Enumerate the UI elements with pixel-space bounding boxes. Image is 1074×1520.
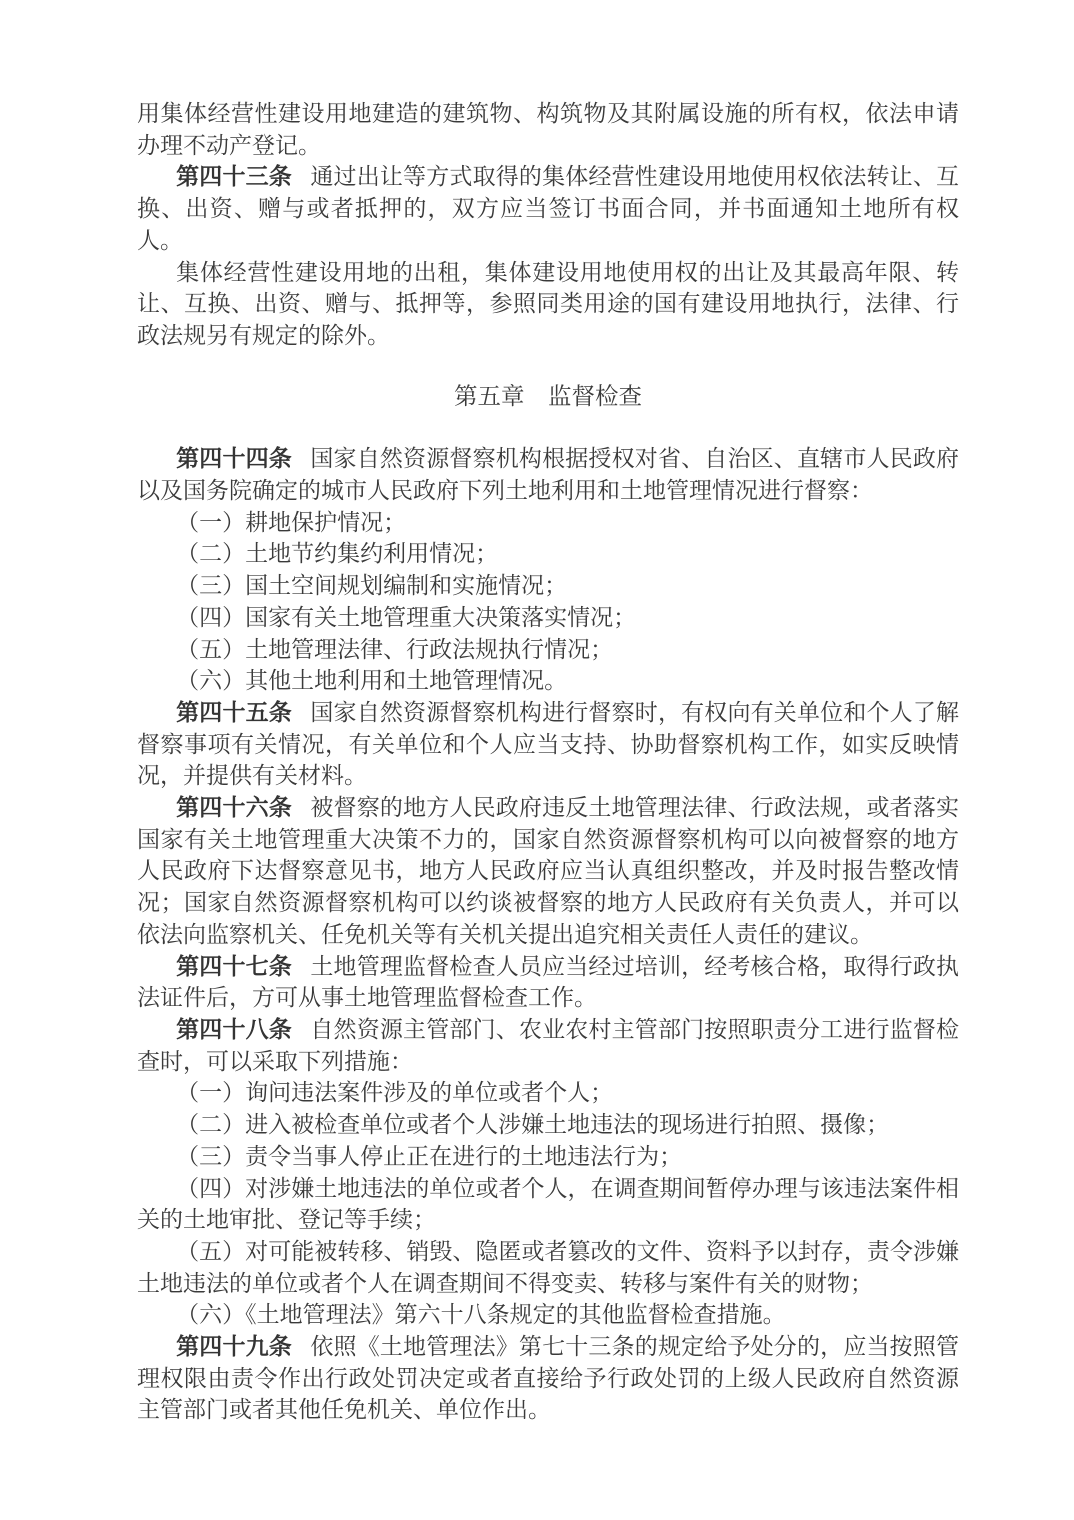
article-number: 第四十三条 (176, 164, 292, 189)
list-item-text: （三）国土空间规划编制和实施情况； (176, 573, 567, 598)
article-paragraph: 第四十六条被督察的地方人民政府违反土地管理法律、行政法规，或者落实国家有关土地管… (137, 792, 959, 951)
list-item-text: （五）对可能被转移、销毁、隐匿或者篡改的文件、资料予以封存，责令涉嫌土地违法的单… (137, 1239, 959, 1296)
article-number: 第四十六条 (176, 795, 292, 820)
body-paragraph: 集体经营性建设用地的出租，集体建设用地使用权的出让及其最高年限、转让、互换、出资… (137, 257, 959, 352)
article-number: 第四十四条 (176, 446, 292, 471)
document-page: 用集体经营性建设用地建造的建筑物、构筑物及其附属设施的所有权，依法申请办理不动产… (0, 0, 1074, 1520)
list-item: （六）其他土地利用和土地管理情况。 (137, 665, 959, 697)
article-paragraph: 第四十三条通过出让等方式取得的集体经营性建设用地使用权依法转让、互换、出资、赠与… (137, 161, 959, 256)
article-paragraph: 第四十八条自然资源主管部门、农业农村主管部门按照职责分工进行监督检查时，可以采取… (137, 1014, 959, 1077)
list-item-text: （四）国家有关土地管理重大决策落实情况； (176, 605, 636, 630)
list-item: （四）对涉嫌土地违法的单位或者个人，在调查期间暂停办理与该违法案件相关的土地审批… (137, 1173, 959, 1236)
paragraph-text: 集体经营性建设用地的出租，集体建设用地使用权的出让及其最高年限、转让、互换、出资… (137, 260, 959, 348)
article-paragraph: 第四十七条土地管理监督检查人员应当经过培训，经考核合格，取得行政执法证件后，方可… (137, 951, 959, 1014)
list-item: （四）国家有关土地管理重大决策落实情况； (137, 602, 959, 634)
list-item-text: （三）责令当事人停止正在进行的土地违法行为； (176, 1144, 682, 1169)
list-item-text: （五）土地管理法律、行政法规执行情况； (176, 637, 613, 662)
list-item-text: （六）《土地管理法》第六十八条规定的其他监督检查措施。 (176, 1302, 786, 1327)
list-item: （五）土地管理法律、行政法规执行情况； (137, 634, 959, 666)
list-item-text: （四）对涉嫌土地违法的单位或者个人，在调查期间暂停办理与该违法案件相关的土地审批… (137, 1176, 959, 1233)
list-item-text: （一）耕地保护情况； (176, 510, 406, 535)
list-item: （五）对可能被转移、销毁、隐匿或者篡改的文件、资料予以封存，责令涉嫌土地违法的单… (137, 1236, 959, 1299)
list-item: （三）责令当事人停止正在进行的土地违法行为； (137, 1141, 959, 1173)
article-paragraph: 第四十五条国家自然资源督察机构进行督察时，有权向有关单位和个人了解督察事项有关情… (137, 697, 959, 792)
list-item-text: （二）土地节约集约利用情况； (176, 541, 498, 566)
body-paragraph: 用集体经营性建设用地建造的建筑物、构筑物及其附属设施的所有权，依法申请办理不动产… (137, 98, 959, 161)
article-number: 第四十五条 (176, 700, 292, 725)
article-number: 第四十九条 (176, 1334, 292, 1359)
text-column: 用集体经营性建设用地建造的建筑物、构筑物及其附属设施的所有权，依法申请办理不动产… (137, 98, 959, 1426)
paragraph-text: 用集体经营性建设用地建造的建筑物、构筑物及其附属设施的所有权，依法申请办理不动产… (137, 101, 959, 158)
chapter-heading: 第五章 监督检查 (137, 382, 959, 414)
list-item: （三）国土空间规划编制和实施情况； (137, 570, 959, 602)
list-item: （一）耕地保护情况； (137, 507, 959, 539)
list-item: （六）《土地管理法》第六十八条规定的其他监督检查措施。 (137, 1299, 959, 1331)
article-number: 第四十七条 (176, 954, 292, 979)
list-item-text: （二）进入被检查单位或者个人涉嫌土地违法的现场进行拍照、摄像； (176, 1112, 889, 1137)
list-item-text: （六）其他土地利用和土地管理情况。 (176, 668, 567, 693)
list-item: （二）土地节约集约利用情况； (137, 538, 959, 570)
article-paragraph: 第四十四条国家自然资源督察机构根据授权对省、自治区、直辖市人民政府以及国务院确定… (137, 443, 959, 506)
list-item: （一）询问违法案件涉及的单位或者个人； (137, 1077, 959, 1109)
list-item: （二）进入被检查单位或者个人涉嫌土地违法的现场进行拍照、摄像； (137, 1109, 959, 1141)
article-paragraph: 第四十九条依照《土地管理法》第七十三条的规定给予处分的，应当按照管理权限由责令作… (137, 1331, 959, 1426)
list-item-text: （一）询问违法案件涉及的单位或者个人； (176, 1080, 613, 1105)
article-number: 第四十八条 (176, 1017, 292, 1042)
